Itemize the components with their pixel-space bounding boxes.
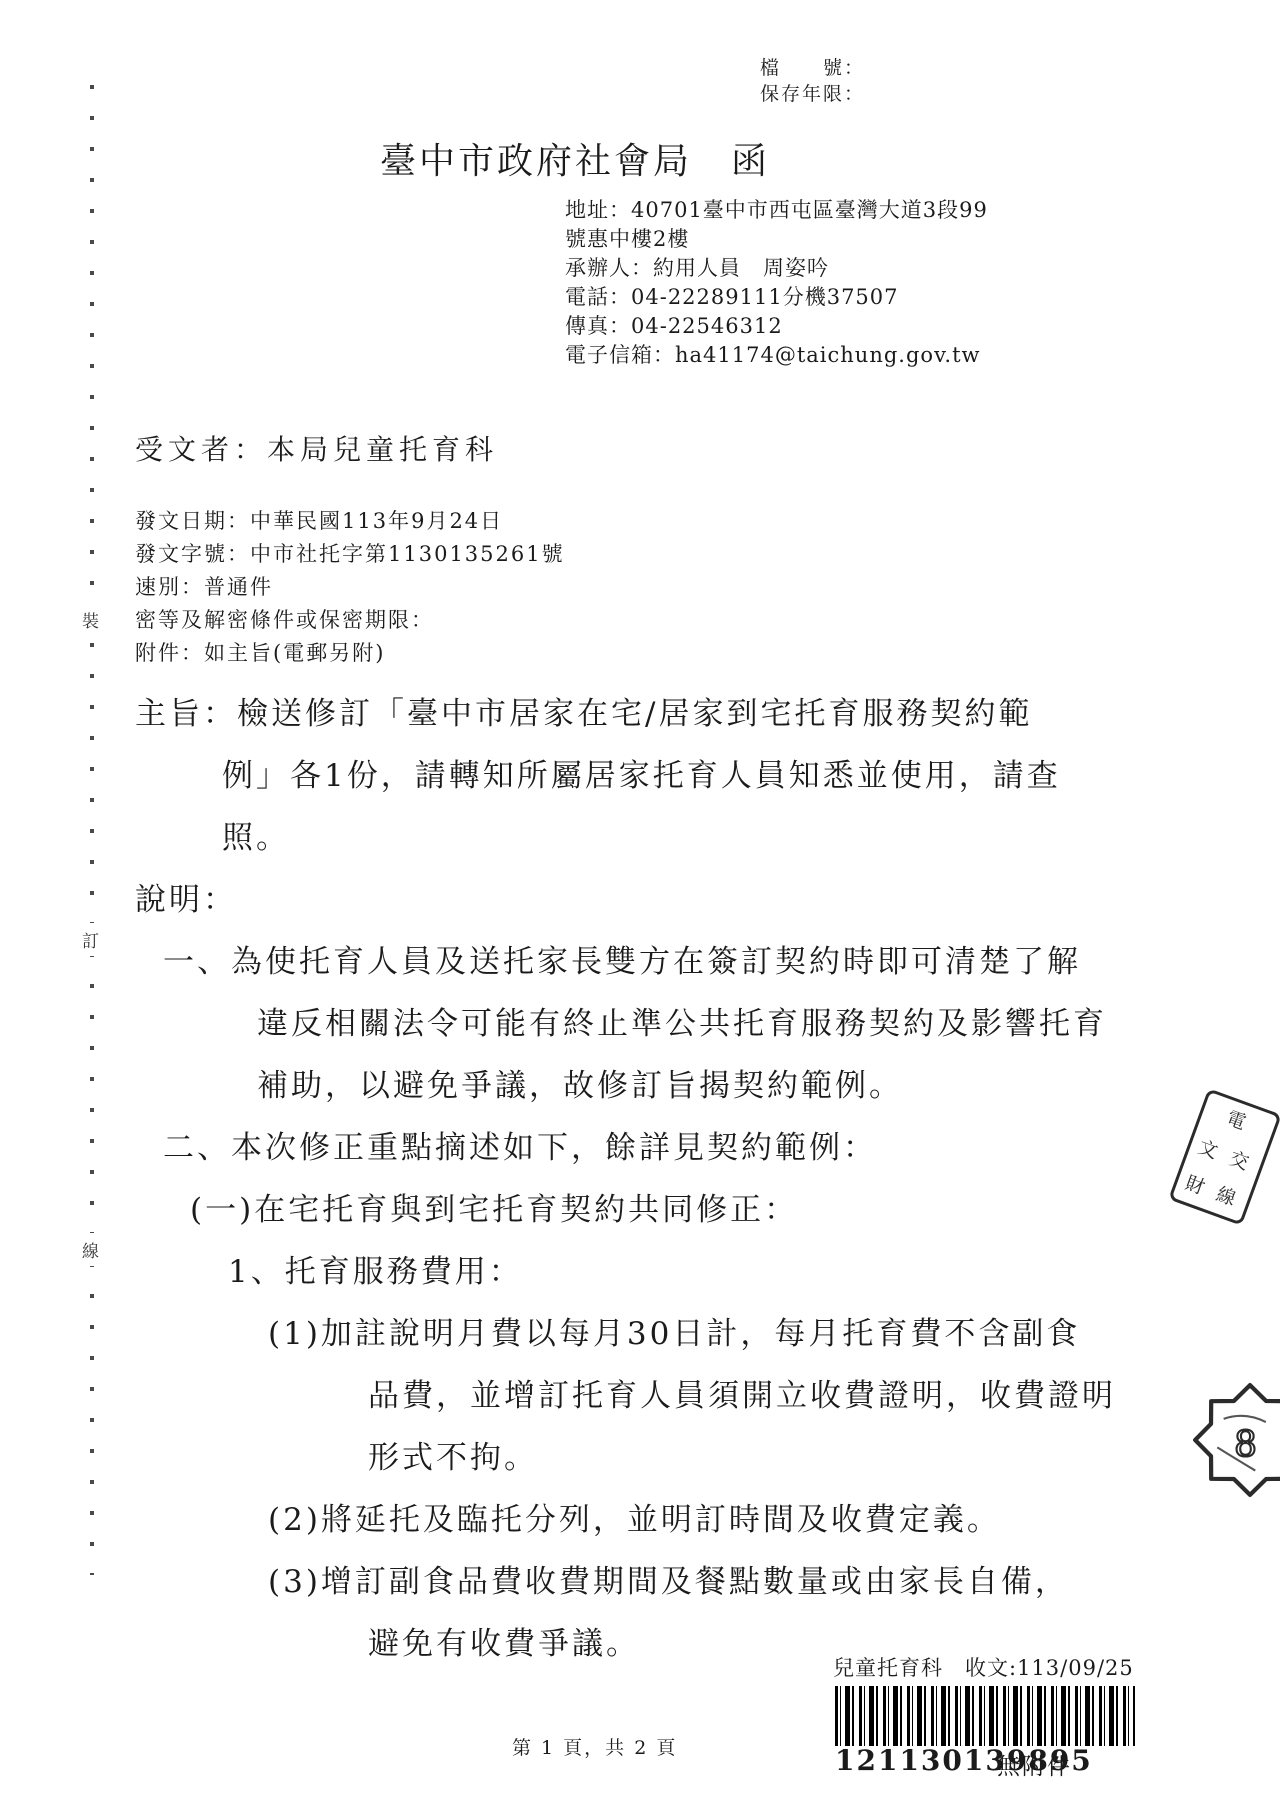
sender-email: 電子信箱：ha41174@taichung.gov.tw [565,341,988,370]
sender-address-line1: 地址：40701臺中市西屯區臺灣大道3段99 [565,196,988,225]
binding-dotted-line [90,85,94,1575]
sender-phone: 電話：04-22289111分機37507 [565,283,988,312]
security-class: 密等及解密條件或保密期限： [135,604,565,637]
point1-line: 形式不拘。 [0,1427,1280,1489]
attachment-line: 附件：如主旨(電郵另附) [135,637,565,670]
exchange-stamp-row: 文 交 [1195,1138,1254,1175]
file-header: 檔 號： 保存年限： [760,55,865,107]
sender-fax: 傳真：04-22546312 [565,312,988,341]
reception-stamp-line: 兒童托育科 收文:113/09/25 [833,1652,1134,1682]
point1-line: 品費，並增訂托育人員須開立收費證明，收費證明 [0,1365,1280,1427]
file-no-label: 檔 號： [760,55,865,81]
issue-date: 發文日期：中華民國113年9月24日 [135,505,565,538]
retention-label: 保存年限： [760,81,865,107]
point2-line: (2)將延托及臨托分列，並明訂時間及收費定義。 [0,1489,1280,1551]
barcode [835,1686,1135,1746]
exchange-stamp-row: 電 [1224,1109,1252,1135]
explanation-item1-line: 一、為使托育人員及送托家長雙方在簽訂契約時即可清楚了解 [0,931,1280,993]
letter-body: 主旨：檢送修訂「臺中市居家在宅/居家到宅托育服務契約範 例」各1份，請轉知所屬居… [0,683,1280,1675]
explanation-item1-line: 違反相關法令可能有終止準公共托育服務契約及影響托育 [0,993,1280,1055]
exchange-stamp-row: 財 線 [1183,1174,1242,1211]
section-heading: 1、托育服務費用： [0,1241,1280,1303]
attachment-note: 無附件 [997,1748,1072,1781]
recipient-line: 受文者：本局兒童托育科 [135,428,498,468]
binding-char-xian: 線 [82,1233,99,1266]
speed-class: 速別：普通件 [135,571,565,604]
point1-line: (1)加註說明月費以每月30日計，每月托育費不含副食 [0,1303,1280,1365]
issue-number: 發文字號：中市社托字第1130135261號 [135,538,565,571]
sender-info-block: 地址：40701臺中市西屯區臺灣大道3段99 號惠中樓2樓 承辦人：約用人員 周… [565,196,988,370]
document-title: 臺中市政府社會局 函 [380,133,770,184]
document-meta-block: 發文日期：中華民國113年9月24日 發文字號：中市社托字第1130135261… [135,505,565,670]
sub-item-heading: (一)在宅托育與到宅托育契約共同修正： [0,1179,1280,1241]
sender-contact-person: 承辦人：約用人員 周姿吟 [565,254,988,283]
point3-line: (3)增訂副食品費收費期間及餐點數量或由家長自備， [0,1551,1280,1613]
subject-line: 主旨：檢送修訂「臺中市居家在宅/居家到宅托育服務契約範 [0,683,1280,745]
subject-line: 照。 [0,807,1280,869]
explanation-item1-line: 補助，以避免爭議，故修訂旨揭契約範例。 [0,1055,1280,1117]
explanation-heading: 說明： [0,869,1280,931]
binding-char-zhuang: 裝 [82,603,99,636]
page-number-footer: 第 1 頁，共 2 頁 [512,1733,677,1760]
flower-stamp-number: 8 [1234,1424,1257,1465]
sender-address-line2: 號惠中樓2樓 [565,225,988,254]
flower-stamp: 8 [1192,1382,1280,1498]
binding-char-ding: 訂 [82,923,99,956]
explanation-item2-line: 二、本次修正重點摘述如下，餘詳見契約範例： [0,1117,1280,1179]
document-page: 檔 號： 保存年限： 臺中市政府社會局 函 地址：40701臺中市西屯區臺灣大道… [0,0,1280,1810]
subject-line: 例」各1份，請轉知所屬居家托育人員知悉並使用，請查 [0,745,1280,807]
